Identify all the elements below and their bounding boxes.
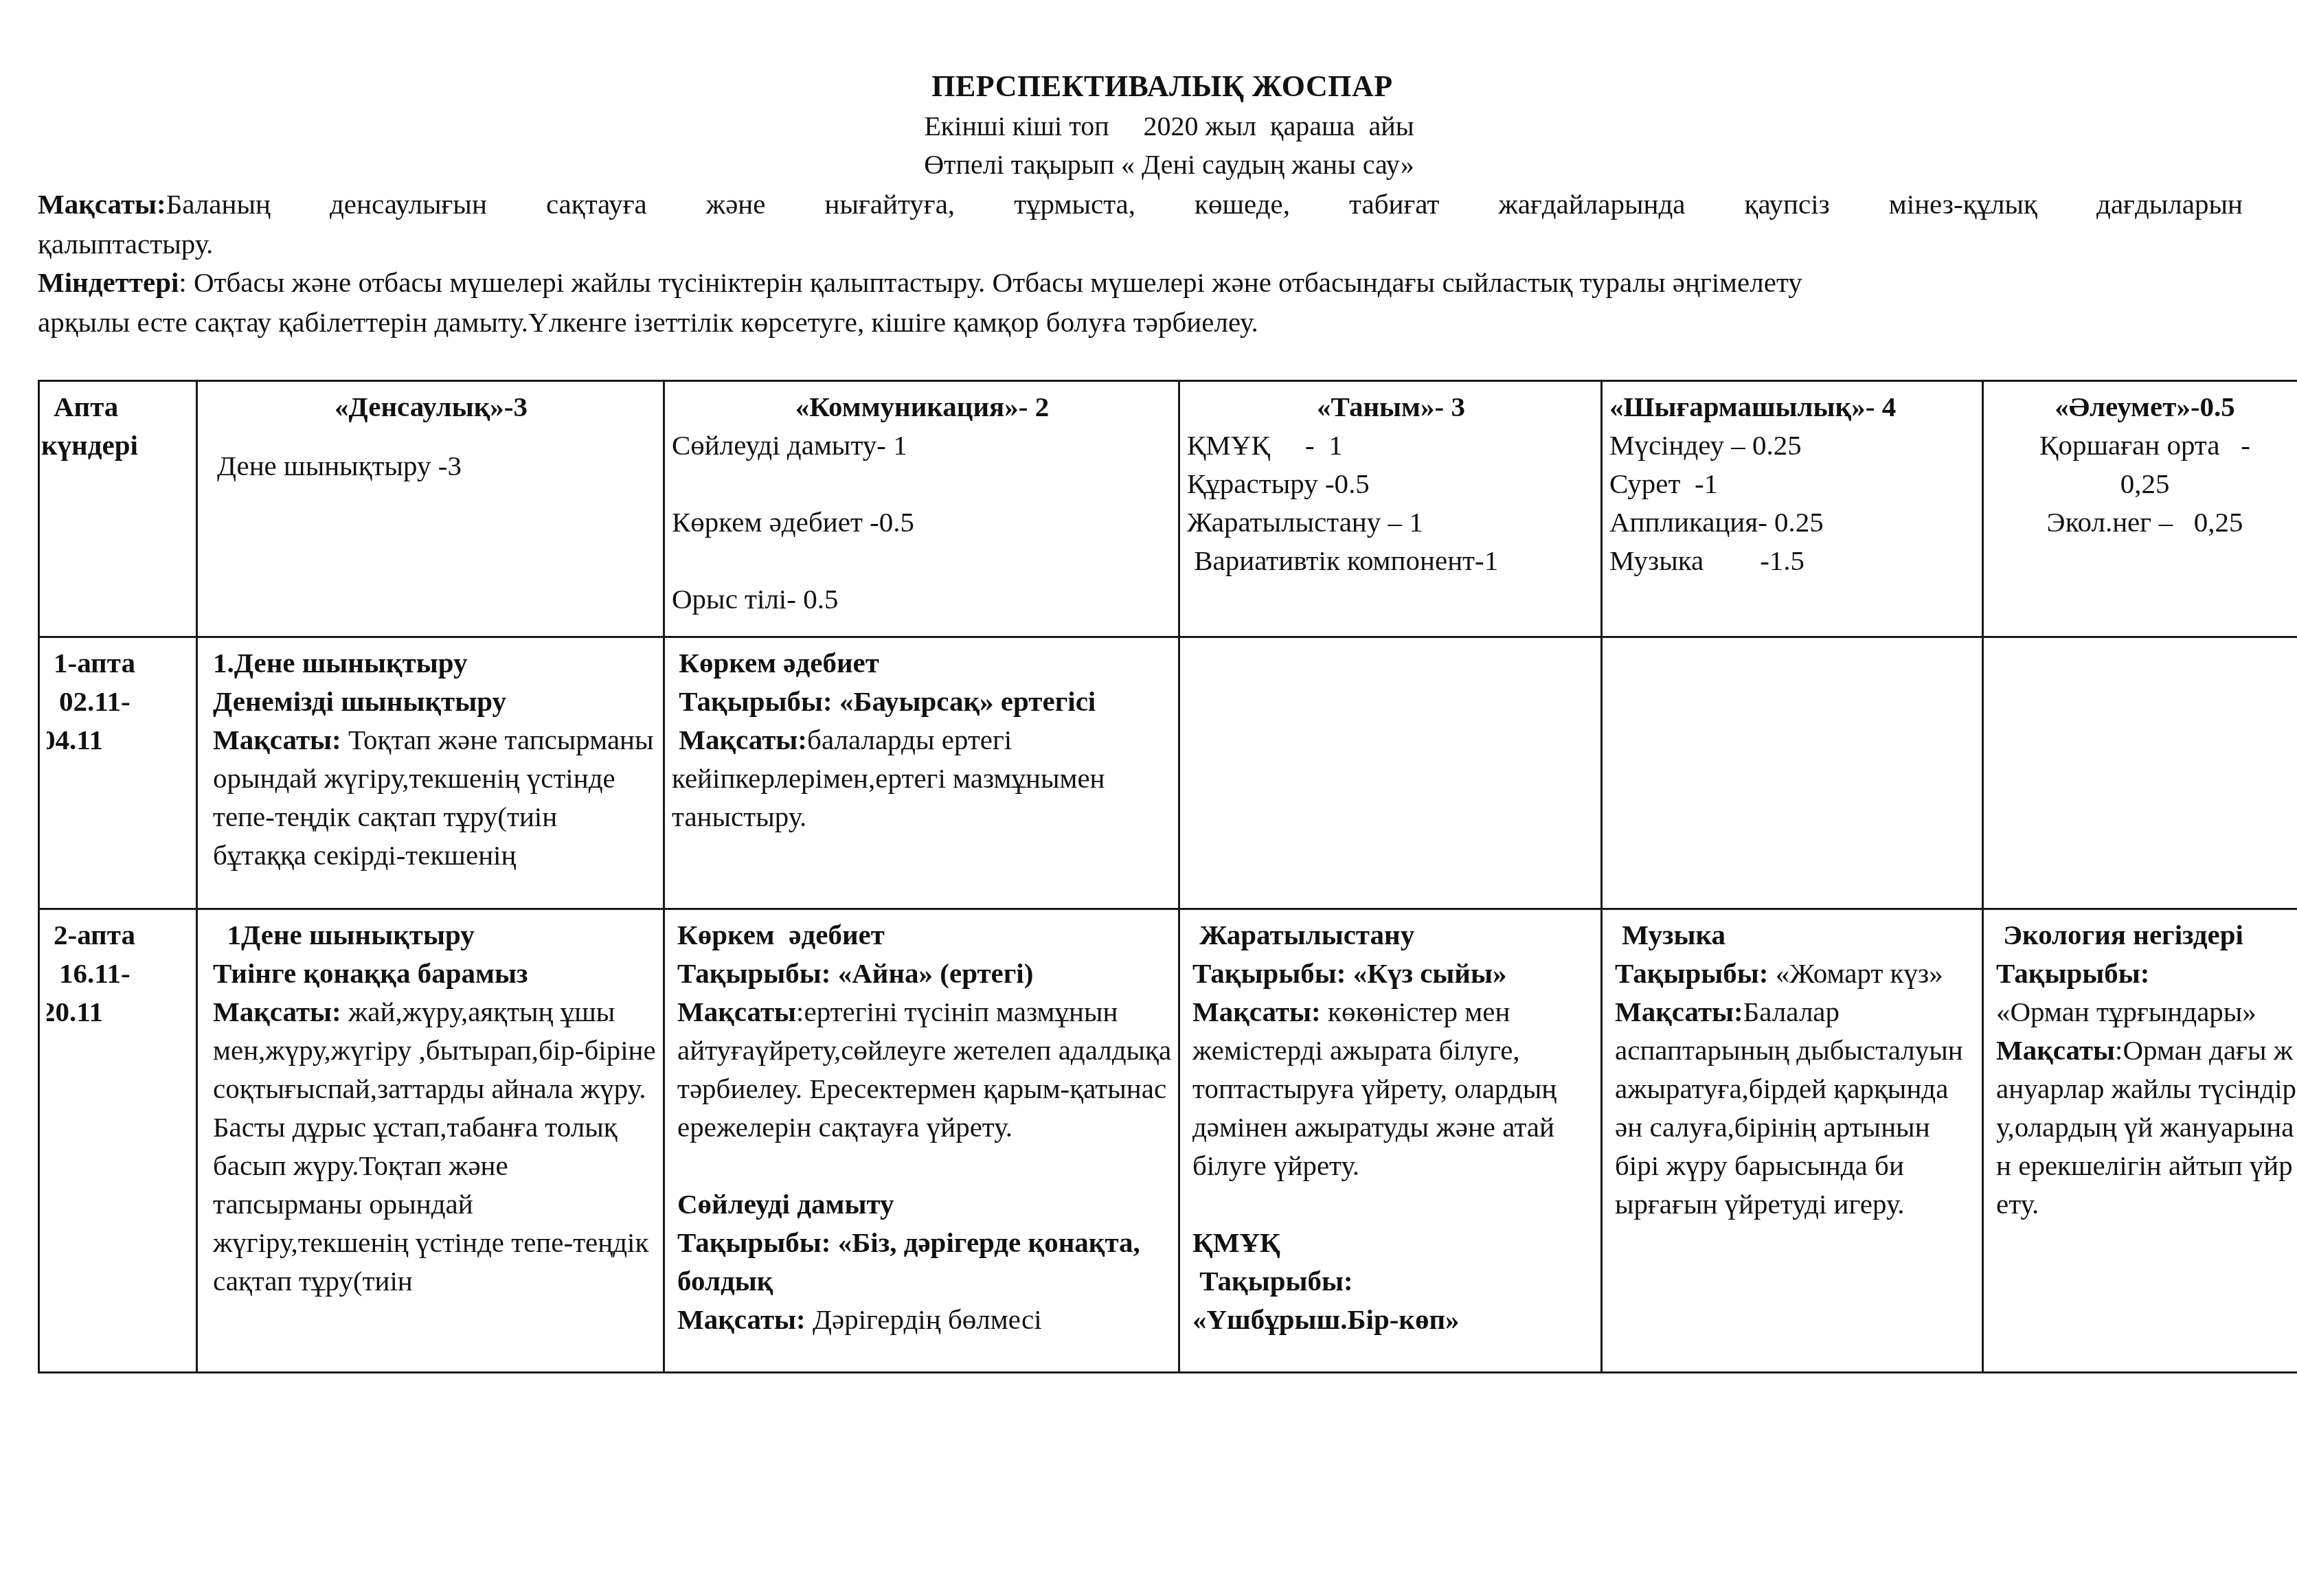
communication-goal-label: Мақсаты [677, 996, 796, 1027]
plan-table: Апта күндері «Денсаулық»-3 Дене шынықтыр… [38, 380, 2297, 1373]
social-cell [1983, 637, 2297, 909]
cognition-subject-2: ҚМҰҚ [1192, 1223, 1595, 1262]
communication-topic: Тақырыбы: «Айна» (ертегі) [677, 954, 1173, 992]
communication-cell: Көркем әдебиет Тақырыбы: «Айна» (ертегі)… [664, 909, 1179, 1373]
header-creativity-item: Аппликация- 0.25 [1609, 503, 1976, 541]
header-week-cell: Апта күндері [39, 381, 197, 637]
document-subtitle: Екінші кіші топ 2020 жыл қараша айы [21, 110, 2297, 142]
header-cognition-item: Жаратылыстану – 1 [1187, 503, 1595, 541]
transitional-theme: Өтпелі тақырып « Дені саудың жаны сау» [21, 148, 2297, 181]
communication-goal-2-text: Дәрігердің бөлмесі [806, 1303, 1042, 1335]
header-cognition-title: «Таным»- 3 [1187, 387, 1595, 426]
creativity-goal-label: Мақсаты: [1615, 996, 1743, 1027]
header-week-line-2: күндері [41, 426, 190, 464]
health-goal: Мақсаты: Тоқтап және тапсырманы орындай … [213, 724, 654, 871]
social-goal-label: Мақсаты [1996, 1034, 2115, 1066]
cognition-topic-2: Тақырыбы: [1192, 1262, 1595, 1300]
week-dates-to: 20.11 [47, 992, 190, 1031]
communication-goal-2: Мақсаты: Дәрігердің бөлмесі [677, 1300, 1173, 1338]
header-week-line-1: Апта [47, 387, 190, 426]
communication-goal-label: Мақсаты: [672, 724, 807, 755]
header-cognition-item: Құрастыру -0.5 [1187, 464, 1595, 503]
header-creativity-title: «Шығармашылық»- 4 [1609, 387, 1976, 426]
communication-subject: Көркем әдебиет [677, 915, 1173, 954]
header-creativity-item: Музыка -1.5 [1609, 541, 1976, 580]
creativity-empty [1609, 643, 1976, 904]
header-creativity-cell: «Шығармашылық»- 4 Мүсіндеу – 0.25 Сурет … [1602, 381, 1983, 637]
tasks-line-1: Міндеттері: Отбасы және отбасы мүшелері … [38, 262, 2243, 302]
tasks-paragraph: Міндеттері: Отбасы және отбасы мүшелері … [38, 262, 2243, 342]
header-communication-title: «Коммуникация»- 2 [672, 387, 1173, 426]
health-topic: Тиінге қонаққа барамыз [213, 954, 657, 992]
communication-topic: Тақырыбы: «Бауырсақ» ертегісі [672, 682, 1173, 720]
week-cell: 1-апта 02.11- 04.11 [39, 637, 197, 909]
document-title: ПЕРСПЕКТИВАЛЫҚ ЖОСПАР [14, 69, 2297, 104]
social-topic-label: Тақырыбы: [1996, 954, 2297, 992]
communication-goal-2-label: Мақсаты: [677, 1303, 806, 1335]
goal-label: Мақсаты: [38, 188, 166, 220]
creativity-goal-text: Балалар аспаптарының дыбысталуын ажырату… [1615, 996, 1963, 1220]
health-subject: 1.Дене шынықтыру [213, 643, 657, 682]
social-goal: Мақсаты:Орман дағы жануарлар жайлы түсін… [1996, 1031, 2297, 1223]
health-cell: 1Дене шынықтыру Тиінге қонаққа барамыз М… [197, 909, 664, 1373]
health-goal: Мақсаты: жай,жүру,аяқтың ұшы мен,жүру,жү… [213, 996, 656, 1297]
table-row: 1-апта 02.11- 04.11 1.Дене шынықтыру Ден… [39, 637, 2297, 909]
creativity-cell: Музыка Тақырыбы: «Жомарт күз» Мақсаты:Ба… [1602, 909, 1983, 1373]
week-dates-from: 02.11- [47, 682, 190, 720]
goal-line-1: Мақсаты:Баланың денсаулығын сақтауға жән… [38, 184, 2243, 224]
health-cell: 1.Дене шынықтыру Денемізді шынықтыру Мақ… [197, 637, 664, 909]
goal-text-1: Баланың денсаулығын сақтауға және нығайт… [166, 188, 2243, 220]
header-communication-item: Көркем әдебиет -0.5 [672, 503, 1173, 541]
creativity-subject: Музыка [1615, 915, 1976, 954]
header-creativity-item: Мүсіндеу – 0.25 [1609, 426, 1976, 464]
cognition-subject: Жаратылыстану [1192, 915, 1595, 954]
week-label: 2-апта [47, 915, 190, 954]
header-social-cell: «Әлеумет»-0.5 Қоршаған орта - 0,25 Экол.… [1983, 381, 2297, 637]
creativity-topic: Тақырыбы: «Жомарт күз» [1615, 954, 1976, 992]
cognition-cell: Жаратылыстану Тақырыбы: «Күз сыйы» Мақса… [1179, 909, 1602, 1373]
communication-cell: Көркем әдебиет Тақырыбы: «Бауырсақ» ерте… [664, 637, 1179, 909]
header-social-title: «Әлеумет»-0.5 [1991, 387, 2297, 426]
health-goal-label: Мақсаты: [213, 724, 341, 755]
communication-subject: Көркем әдебиет [672, 643, 1173, 682]
communication-subject-2: Сөйлеуді дамыту [677, 1185, 1173, 1223]
creativity-topic-text: «Жомарт күз» [1768, 957, 1943, 989]
social-cell: Экология негіздері Тақырыбы: «Орман тұрғ… [1983, 909, 2297, 1373]
header-health-item: Дене шынықтыру -3 [205, 446, 657, 485]
week-dates-from: 16.11- [47, 954, 190, 992]
creativity-cell [1602, 637, 1983, 909]
header-social-item: Қоршаған орта - [1991, 426, 2297, 464]
header-creativity-item: Сурет -1 [1609, 464, 1976, 503]
header-social-item: Экол.нег – 0,25 [1991, 503, 2297, 541]
health-goal-text: жай,жүру,аяқтың ұшы мен,жүру,жүгіру ,быт… [213, 996, 656, 1297]
header-social-item: 0,25 [1991, 464, 2297, 503]
communication-goal: Мақсаты:ертегіні түсініп мазмұнын айтуға… [677, 992, 1173, 1146]
social-subject: Экология негіздері [1996, 915, 2297, 954]
header-communication-item: Сөйлеуді дамыту- 1 [672, 426, 1173, 464]
tasks-text-1: : Отбасы және отбасы мүшелері жайлы түсі… [179, 266, 1802, 298]
header-health-cell: «Денсаулық»-3 Дене шынықтыру -3 [197, 381, 664, 637]
communication-topic-2-label: Тақырыбы [677, 1227, 822, 1258]
cognition-empty [1187, 643, 1595, 904]
communication-topic-2: Тақырыбы: «Біз, дәрігерде қонақта, болды… [677, 1223, 1173, 1300]
header-health-title: «Денсаулық»-3 [205, 387, 657, 426]
creativity-goal: Мақсаты:Балалар аспаптарының дыбысталуын… [1615, 992, 1976, 1223]
cognition-topic-2-value: «Үшбұрыш.Бір-көп» [1192, 1300, 1595, 1338]
header-cognition-item: ҚМҰҚ - 1 [1187, 426, 1595, 464]
table-header-row: Апта күндері «Денсаулық»-3 Дене шынықтыр… [39, 381, 2297, 637]
goal-paragraph: Мақсаты:Баланың денсаулығын сақтауға жән… [38, 184, 2243, 264]
table-row: 2-апта 16.11- 20.11 1Дене шынықтыру Тиін… [39, 909, 2297, 1373]
header-communication-cell: «Коммуникация»- 2 Сөйлеуді дамыту- 1 Көр… [664, 381, 1179, 637]
social-empty [1991, 643, 2297, 904]
header-cognition-cell: «Таным»- 3 ҚМҰҚ - 1 Құрастыру -0.5 Жарат… [1179, 381, 1602, 637]
week-dates-to: 04.11 [47, 720, 190, 759]
cognition-goal: Мақсаты: көкөністер мен жемістерді ажыра… [1192, 992, 1595, 1185]
health-goal-label: Мақсаты: [213, 996, 341, 1027]
document-page: ПЕРСПЕКТИВАЛЫҚ ЖОСПАР Екінші кіші топ 20… [0, 0, 2297, 1596]
cognition-cell [1179, 637, 1602, 909]
cognition-goal-label: Мақсаты: [1192, 996, 1321, 1027]
header-communication-item: Орыс тілі- 0.5 [672, 580, 1173, 618]
health-topic: Денемізді шынықтыру [213, 682, 657, 720]
tasks-label: Міндеттері [38, 266, 179, 298]
creativity-topic-label: Тақырыбы: [1615, 957, 1768, 989]
tasks-text-2: арқылы есте сақтау қабілеттерін дамыту.Ү… [38, 302, 2243, 342]
health-subject: 1Дене шынықтыру [213, 915, 657, 954]
communication-goal: Мақсаты:балаларды ертегі кейіпкерлерімен… [672, 724, 1112, 832]
week-label: 1-апта [47, 643, 190, 682]
goal-text-2: қалыптастыру. [38, 224, 2243, 264]
social-topic-text: «Орман тұрғындары» [1996, 992, 2297, 1031]
week-cell: 2-апта 16.11- 20.11 [39, 909, 197, 1373]
header-cognition-item: Вариативтік компонент-1 [1187, 541, 1595, 580]
cognition-topic: Тақырыбы: «Күз сыйы» [1192, 954, 1595, 992]
